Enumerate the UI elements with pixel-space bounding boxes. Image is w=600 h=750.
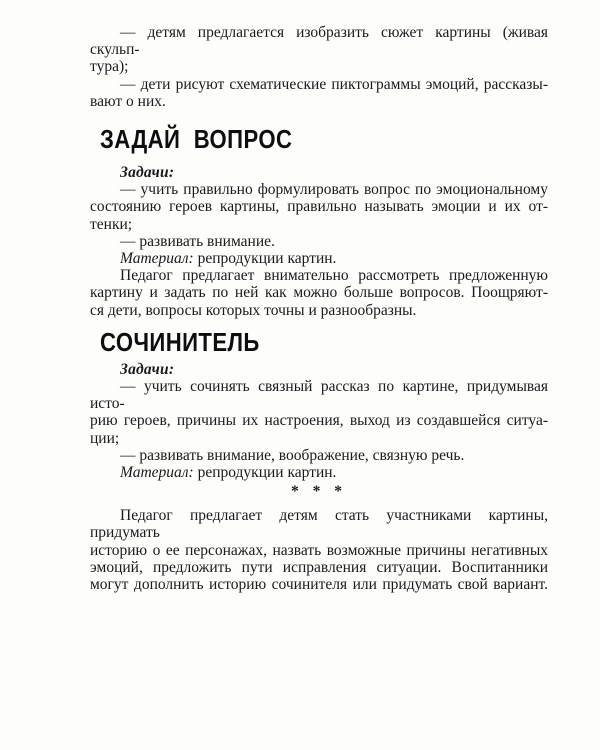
- paragraph-line: Педагог предлагает детям стать участника…: [90, 507, 548, 541]
- list-item-line: вают о них.: [90, 93, 548, 110]
- task-line: рию героев, причины их настроения, выход…: [90, 412, 548, 429]
- paragraph-line: картину и задать по ней как можно больше…: [90, 284, 548, 301]
- section-heading-text: ЗАДАЙ ВОПРОС: [100, 127, 292, 151]
- paragraph-line: ся дети, вопросы которых точны и разнооб…: [90, 302, 548, 319]
- task-line: тенки;: [90, 216, 548, 233]
- list-item-line: — дети рисуют схематические пиктограммы …: [90, 76, 548, 93]
- task-line: — развивать внимание.: [90, 233, 548, 250]
- task-line: — учить сочинять связный рассказ по карт…: [90, 378, 548, 412]
- section-sochinitel: СОЧИНИТЕЛЬ Задачи: — учить сочинять связ…: [90, 330, 548, 593]
- continuation-list: — детям предлагается изобразить сюжет ка…: [90, 24, 548, 110]
- book-page: — детям предлагается изобразить сюжет ка…: [0, 0, 600, 750]
- section-heading: ЗАДАЙ ВОПРОС: [100, 127, 548, 156]
- material-line: Материал: репродукции картин.: [90, 250, 548, 267]
- material-line: Материал: репродукции картин.: [90, 464, 548, 481]
- section-zadai-vopros: ЗАДАЙ ВОПРОС Задачи: — учить правильно ф…: [90, 127, 548, 319]
- section-heading: СОЧИНИТЕЛЬ: [100, 330, 548, 359]
- material-text: репродукции картин.: [194, 464, 337, 481]
- task-line: ции;: [90, 430, 548, 447]
- paragraph-line: могут дополнить историю сочинителя или п…: [90, 576, 548, 593]
- material-label: Материал:: [120, 464, 194, 481]
- task-line: состоянию героев картины, правильно назы…: [90, 198, 548, 215]
- list-item-line: — детям предлагается изобразить сюжет ка…: [90, 24, 548, 58]
- task-line: — развивать внимание, воображение, связн…: [90, 447, 548, 464]
- asterisk-separator: * * *: [90, 483, 548, 501]
- text-column: — детям предлагается изобразить сюжет ка…: [90, 24, 548, 593]
- paragraph-line: Педагог предлагает внимательно рассмотре…: [90, 267, 548, 284]
- tasks-label: Задачи:: [90, 164, 548, 181]
- list-item-line: тура);: [90, 58, 548, 75]
- paragraph-line: историю о ее персонажах, назвать возможн…: [90, 542, 548, 559]
- section-heading-text: СОЧИНИТЕЛЬ: [100, 330, 260, 354]
- material-text: репродукции картин.: [194, 250, 337, 267]
- tasks-label: Задачи:: [90, 361, 548, 378]
- paragraph-line: эмоций, предложить пути исправления ситу…: [90, 559, 548, 576]
- material-label: Материал:: [120, 250, 194, 267]
- task-line: — учить правильно формулировать вопрос п…: [90, 181, 548, 198]
